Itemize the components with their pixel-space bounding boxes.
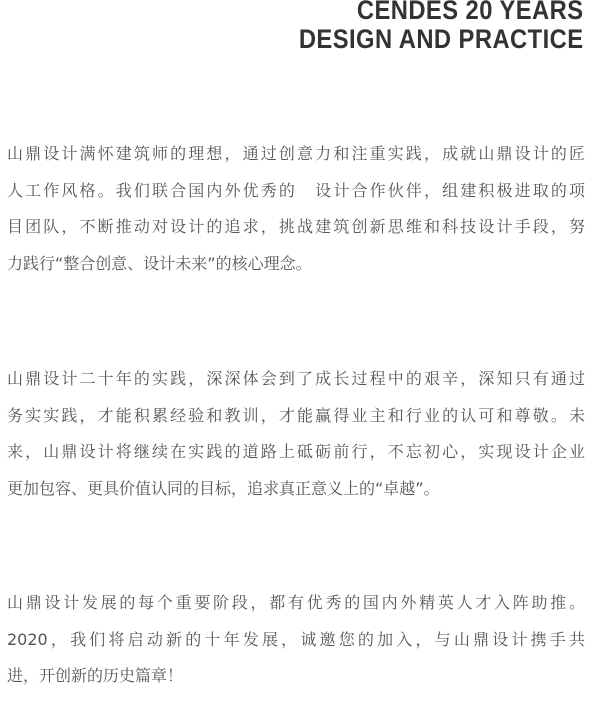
- text-line: 更加包容、更具价值认同的目标，追求真正意义上的“卓越”。: [7, 471, 585, 508]
- text-line: 人工作风格。我们联合国内外优秀的 设计合作伙伴，组建积极进取的项: [7, 173, 585, 210]
- text-line: 2020，我们将启动新的十年发展，诚邀您的加入，与山鼎设计携手共: [7, 622, 585, 659]
- text-line: 来，山鼎设计将继续在实践的道路上砥砺前行，不忘初心，实现设计企业: [7, 434, 585, 471]
- text-line: 务实实践，才能积累经验和教训，才能赢得业主和行业的认可和尊敬。未: [7, 398, 585, 435]
- text-line: 山鼎设计发展的每个重要阶段，都有优秀的国内外精英人才入阵助推。: [7, 585, 585, 622]
- page-title: CENDES 20 YEARS DESIGN AND PRACTICE: [299, 0, 584, 54]
- paragraph-practice: 山鼎设计二十年的实践，深深体会到了成长过程中的艰辛，深知只有通过 务实实践，才能…: [7, 361, 585, 507]
- text-line: 山鼎设计满怀建筑师的理想，通过创意力和注重实践，成就山鼎设计的匠: [7, 136, 585, 173]
- text-line: 目团队，不断推动对设计的追求，挑战建筑创新思维和科技设计手段，努: [7, 209, 585, 246]
- text-line: 力践行“整合创意、设计未来”的核心理念。: [7, 246, 585, 283]
- text-line: 山鼎设计二十年的实践，深深体会到了成长过程中的艰辛，深知只有通过: [7, 361, 585, 398]
- paragraph-intro: 山鼎设计满怀建筑师的理想，通过创意力和注重实践，成就山鼎设计的匠 人工作风格。我…: [7, 136, 585, 282]
- paragraph-future: 山鼎设计发展的每个重要阶段，都有优秀的国内外精英人才入阵助推。 2020，我们将…: [7, 585, 585, 695]
- text-line: 进，开创新的历史篇章！: [7, 658, 585, 695]
- title-line-2: DESIGN AND PRACTICE: [299, 25, 584, 54]
- title-line-1: CENDES 20 YEARS: [299, 0, 584, 25]
